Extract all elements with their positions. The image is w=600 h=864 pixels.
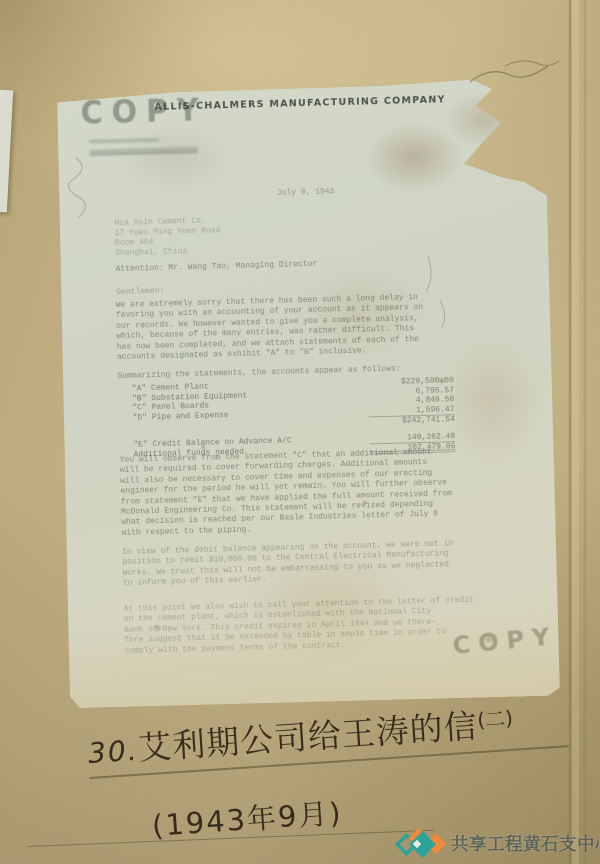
letter-paragraph-1: We are extremely sorry that there has be… [116, 290, 529, 363]
cardboard-crease-highlight [572, 0, 579, 864]
faded-stamp-mark [89, 138, 159, 144]
archive-photo: { "photo": { "caption": { "index": "30."… [0, 0, 600, 864]
attention-line: Attention: Mr. Wang Tao, Managing Direct… [116, 260, 318, 274]
handwritten-caption-title: 30.艾利期公司给王涛的信(二) [86, 694, 568, 779]
account-amount: $242,741.54 [369, 415, 455, 427]
watermark-text: 共享工程黄石支中心 [451, 831, 600, 856]
cardboard-crease [569, 0, 571, 864]
caption-suffix: (二) [476, 706, 513, 732]
letter-date: July 9, 1943 [277, 187, 335, 198]
letter-paper: COPY ALLIS-CHALMERS MANUFACTURING COMPAN… [54, 78, 562, 709]
salutation: Gentlemen: [116, 287, 164, 297]
faded-stamp-mark [90, 147, 198, 156]
watermark-logo-icon [392, 822, 448, 864]
recipient-address: Hua Hsin Cement Co. 17 Yuen Ming Yuen Ro… [114, 216, 221, 259]
adjacent-page-edge [0, 90, 13, 213]
caption-text: 艾利期公司给王涛的信 [137, 706, 479, 767]
letter-paragraph-3: In view of the debit balance appearing o… [122, 537, 535, 589]
letter-paragraph-2: You will observe from the statement "C" … [120, 445, 534, 539]
cardboard-crease [584, 0, 586, 864]
caption-index: 30. [87, 734, 140, 770]
watermark: 共享工程黄石支中心 [392, 822, 600, 864]
